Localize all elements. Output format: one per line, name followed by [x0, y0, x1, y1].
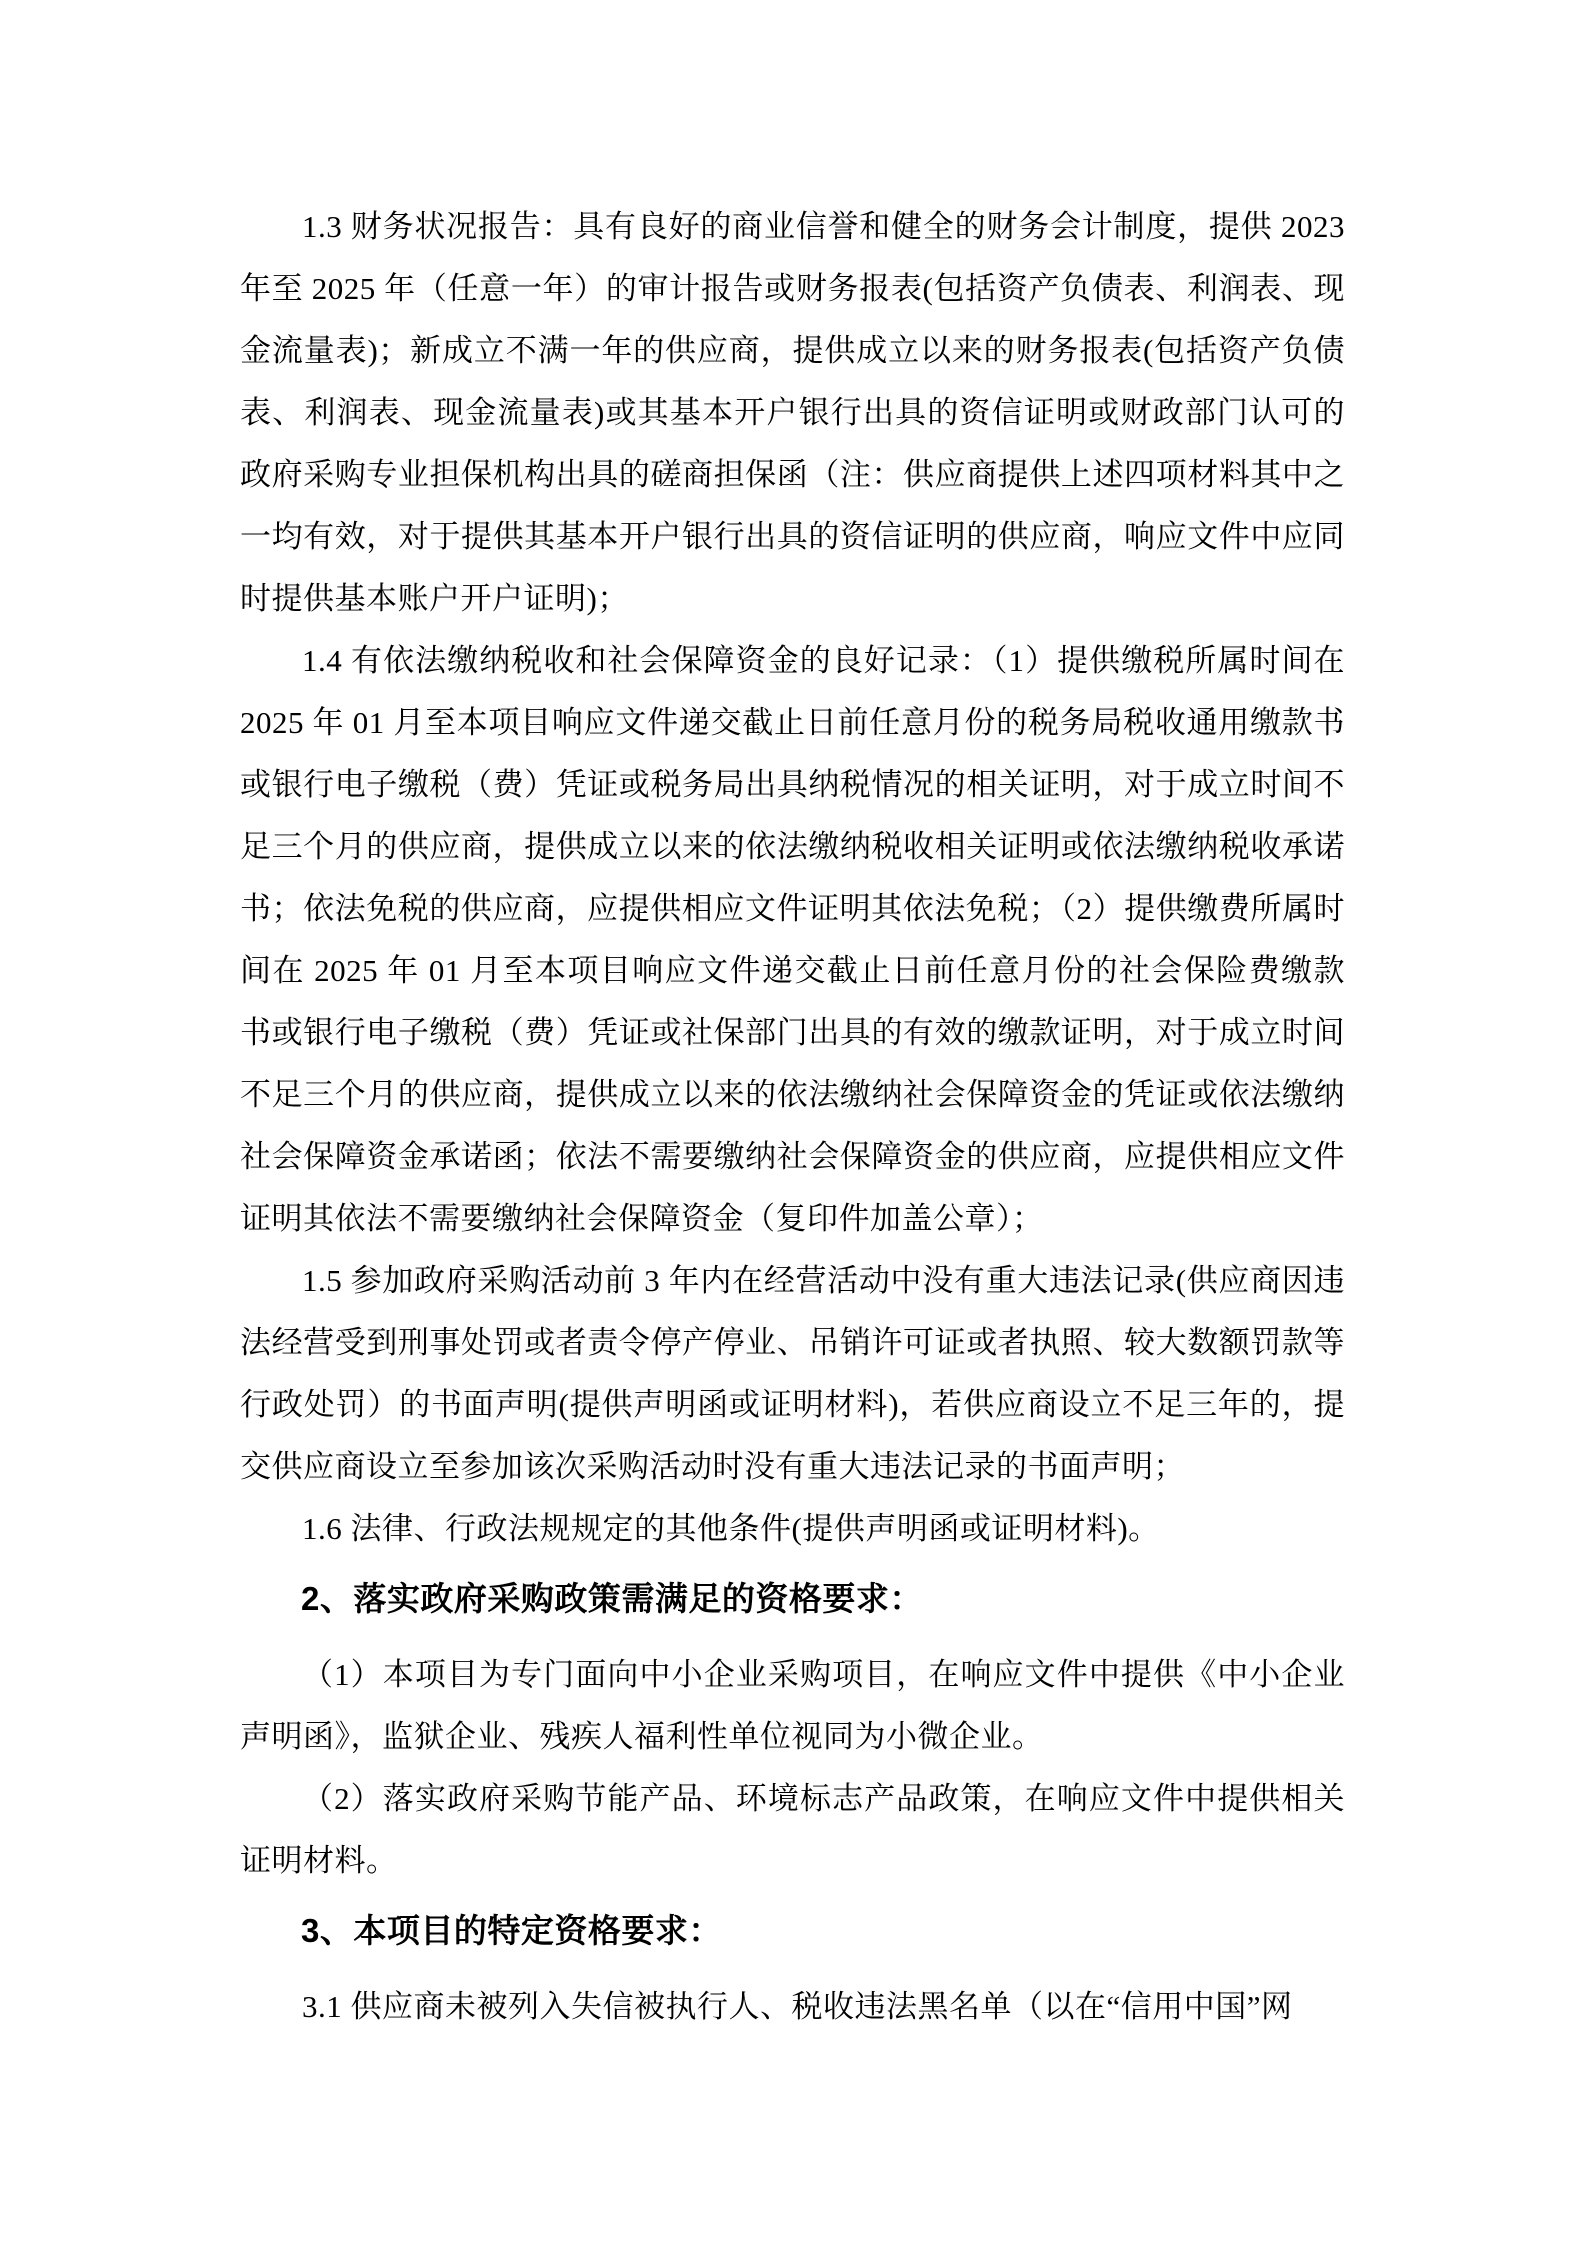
paragraph-1-5: 1.5 参加政府采购活动前 3 年内在经营活动中没有重大违法记录(供应商因违法经…	[240, 1250, 1345, 1498]
paragraph-1-6: 1.6 法律、行政法规规定的其他条件(提供声明函或证明材料)。	[240, 1498, 1345, 1560]
document-page: 1.3 财务状况报告：具有良好的商业信誉和健全的财务会计制度，提供 2023 年…	[0, 0, 1587, 2245]
section-heading-3: 3、本项目的特定资格要求：	[240, 1900, 1345, 1962]
document-viewport: { "page": { "background_color": "#ffffff…	[0, 0, 1587, 2245]
paragraph-1-3: 1.3 财务状况报告：具有良好的商业信誉和健全的财务会计制度，提供 2023 年…	[240, 196, 1345, 630]
section-heading-2: 2、落实政府采购政策需满足的资格要求：	[240, 1568, 1345, 1630]
paragraph-2-2: （2）落实政府采购节能产品、环境标志产品政策，在响应文件中提供相关证明材料。	[240, 1768, 1345, 1892]
paragraph-3-1: 3.1 供应商未被列入失信被执行人、税收违法黑名单（以在“信用中国”网	[240, 1976, 1345, 2038]
paragraph-2-1: （1）本项目为专门面向中小企业采购项目，在响应文件中提供《中小企业声明函》，监狱…	[240, 1644, 1345, 1768]
paragraph-1-4: 1.4 有依法缴纳税收和社会保障资金的良好记录：（1）提供缴税所属时间在 202…	[240, 630, 1345, 1250]
